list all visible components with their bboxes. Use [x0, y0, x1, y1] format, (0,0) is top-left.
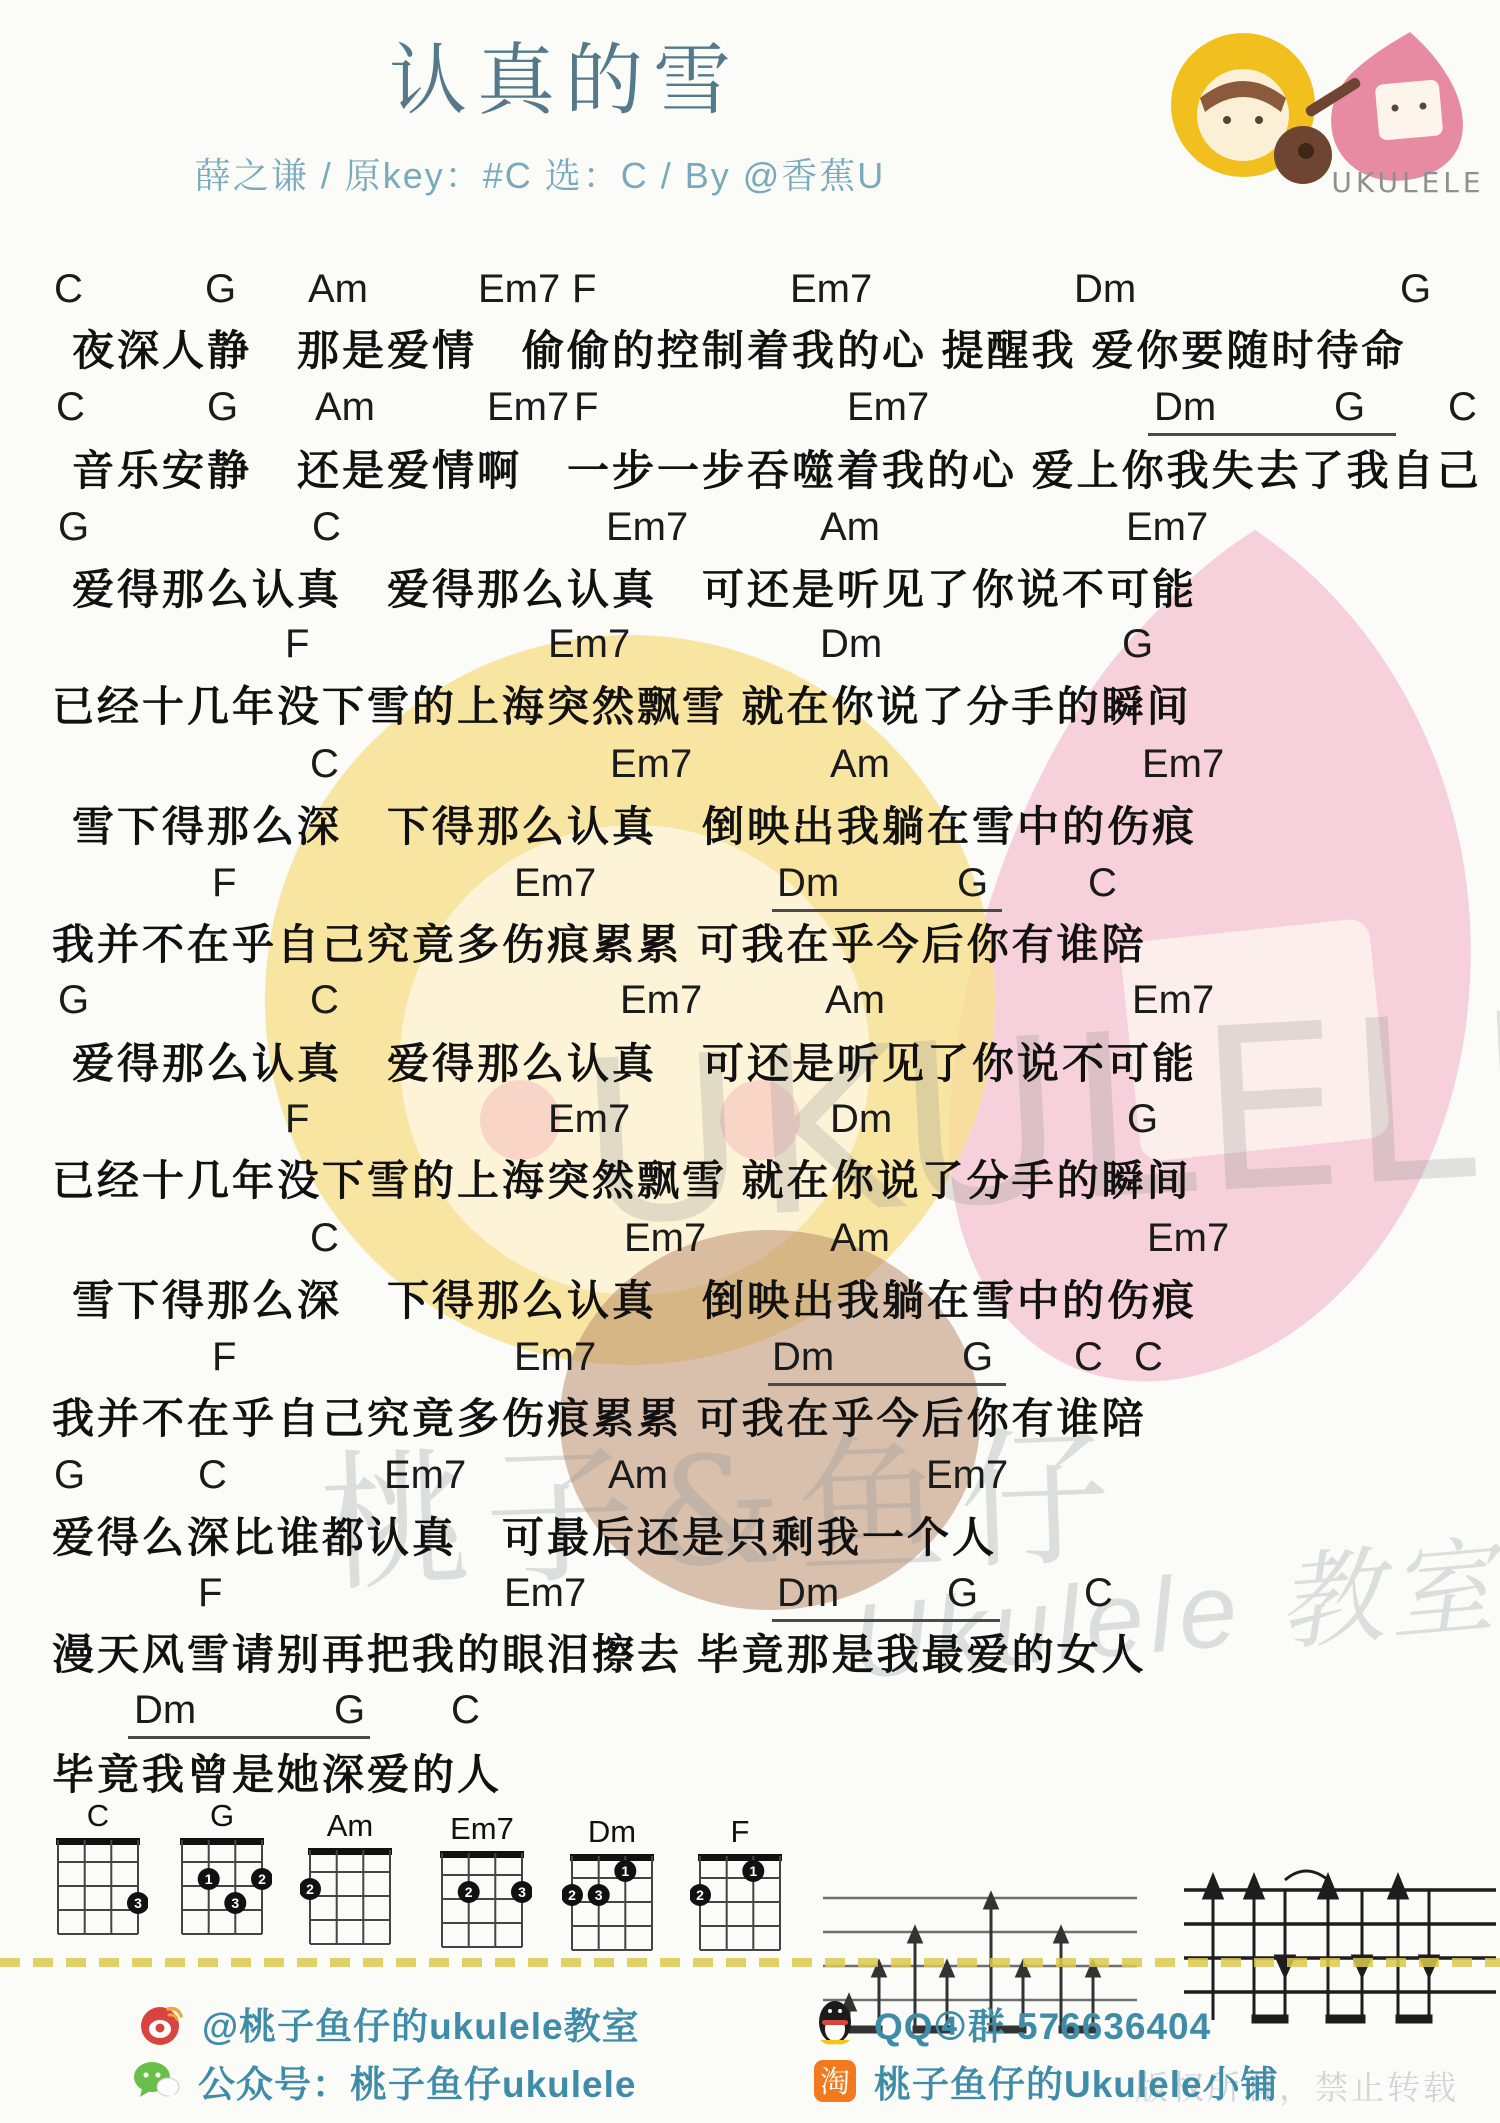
chord: G	[58, 505, 89, 550]
svg-text:1: 1	[621, 1863, 629, 1879]
svg-text:3: 3	[595, 1887, 603, 1903]
taobao-icon: 淘	[812, 2058, 858, 2104]
chord: Em7	[610, 742, 692, 787]
chord: Em7	[790, 267, 872, 312]
chord: Em7	[514, 1335, 596, 1380]
chord-diagram-Am: Am2	[300, 1810, 400, 1965]
qq-icon	[812, 1998, 858, 2048]
chord: C	[1134, 1335, 1163, 1380]
chord: Dm	[772, 1335, 834, 1380]
chord: Am	[825, 978, 885, 1023]
svg-text:2: 2	[465, 1884, 473, 1900]
chord: Em7	[478, 267, 560, 312]
chord-row: CGAmEm7FEm7DmG	[0, 267, 1500, 317]
chord: F	[212, 861, 236, 906]
chord-row: FEm7DmG	[0, 1097, 1500, 1147]
chord-diagram-Em7: Em723	[432, 1813, 532, 1968]
chord: G	[334, 1688, 365, 1733]
svg-text:2: 2	[568, 1887, 576, 1903]
chord: G	[207, 385, 238, 430]
chord: G	[1122, 622, 1153, 667]
chord: G	[205, 267, 236, 312]
chord: F	[572, 267, 596, 312]
chord: Em7	[504, 1571, 586, 1616]
chord: C	[54, 267, 83, 312]
chord: G	[957, 861, 988, 906]
chord: Dm	[777, 861, 839, 906]
chord-diagram-G: G123	[172, 1800, 272, 1955]
wechat-icon	[130, 2057, 182, 2105]
tie-arc	[1285, 1871, 1328, 1880]
footer-weibo: @桃子鱼仔的ukulele教室	[138, 1996, 640, 2050]
chord-row: FEm7DmGCC	[0, 1335, 1500, 1385]
lyric-line: 已经十几年没下雪的上海突然飘雪 就在你说了分手的瞬间	[52, 674, 1192, 734]
chord: C	[56, 385, 85, 430]
footer-qq: QQ④群 576636404	[812, 1996, 1211, 2050]
chord: Dm	[1154, 385, 1216, 430]
wechat-account: 公众号：桃子鱼仔ukulele	[198, 2054, 637, 2108]
chord: Dm	[777, 1571, 839, 1616]
chord-diagram-C: C3	[48, 1800, 148, 1955]
chord: Am	[308, 267, 368, 312]
svg-text:3: 3	[231, 1895, 239, 1911]
chord: C	[1088, 861, 1117, 906]
svg-text:Em7: Em7	[450, 1813, 514, 1846]
chord: G	[58, 978, 89, 1023]
chord: C	[310, 1216, 339, 1261]
chord: Am	[830, 1216, 890, 1261]
lyric-line: 我并不在乎自己究竟多伤痕累累 可我在乎今后你有谁陪	[52, 1386, 1147, 1446]
chord: Am	[608, 1453, 668, 1498]
chord-row: GCEm7AmEm7	[0, 978, 1500, 1028]
chord: F	[212, 1335, 236, 1380]
svg-text:2: 2	[306, 1881, 314, 1897]
chord: G	[947, 1571, 978, 1616]
chord-underline	[128, 1736, 370, 1739]
chord: C	[310, 742, 339, 787]
chord: Em7	[926, 1453, 1008, 1498]
chord-diagram-Dm: Dm123	[562, 1816, 662, 1971]
chord: Em7	[620, 978, 702, 1023]
chord: G	[54, 1453, 85, 1498]
chord: Em7	[384, 1453, 466, 1498]
taobao-shop: 桃子鱼仔的Ukulele小铺	[874, 2054, 1279, 2108]
qq-group-number: QQ④群 576636404	[874, 1996, 1211, 2050]
chord: G	[1334, 385, 1365, 430]
chord: F	[574, 385, 598, 430]
chord-row: FEm7DmG	[0, 622, 1500, 672]
chord: G	[1400, 267, 1431, 312]
lyric-line: 爱得那么认真 爱得那么认真 可还是听见了你说不可能	[72, 1031, 1197, 1091]
chord: Dm	[830, 1097, 892, 1142]
svg-text:2: 2	[258, 1871, 266, 1887]
chord: Em7	[1142, 742, 1224, 787]
taobao-char: 淘	[820, 2066, 850, 2099]
chord: C	[1448, 385, 1477, 430]
svg-text:F: F	[731, 1816, 750, 1849]
chord: Em7	[548, 1097, 630, 1142]
chord: Dm	[1074, 267, 1136, 312]
svg-text:Am: Am	[327, 1810, 374, 1843]
chord: Em7	[847, 385, 929, 430]
chord: Em7	[1147, 1216, 1229, 1261]
chord: Dm	[134, 1688, 196, 1733]
chord: F	[285, 622, 309, 667]
chord: C	[310, 978, 339, 1023]
chord: Dm	[820, 622, 882, 667]
lyric-line: 已经十几年没下雪的上海突然飘雪 就在你说了分手的瞬间	[52, 1148, 1192, 1208]
footer-wechat: 公众号：桃子鱼仔ukulele	[130, 2054, 637, 2108]
svg-text:1: 1	[205, 1871, 213, 1887]
chord-row: CEm7AmEm7	[0, 1216, 1500, 1266]
chord-row: GCEm7AmEm7	[0, 1453, 1500, 1503]
svg-text:C: C	[87, 1800, 109, 1833]
chord-row: GCEm7AmEm7	[0, 505, 1500, 555]
chord: G	[1127, 1097, 1158, 1142]
lyric-line: 爱得么深比谁都认真 可最后还是只剩我一个人	[52, 1505, 997, 1565]
lyric-line: 爱得那么认真 爱得那么认真 可还是听见了你说不可能	[72, 557, 1197, 617]
chord: Am	[820, 505, 880, 550]
chord: Em7	[1126, 505, 1208, 550]
lyric-line: 漫天风雪请别再把我的眼泪擦去 毕竟那是我最爱的女人	[52, 1622, 1147, 1682]
chord: Em7	[624, 1216, 706, 1261]
chord: Am	[830, 742, 890, 787]
lyric-line: 夜深人静 那是爱情 偷偷的控制着我的心 提醒我 爱你要随时待命	[72, 318, 1406, 378]
chord: C	[198, 1453, 227, 1498]
lyric-line: 音乐安静 还是爱情啊 一步一步吞噬着我的心 爱上你我失去了我自己	[72, 438, 1482, 498]
lyric-line: 我并不在乎自己究竟多伤痕累累 可我在乎今后你有谁陪	[52, 912, 1147, 972]
chord: Em7	[1132, 978, 1214, 1023]
chord-row: CEm7AmEm7	[0, 742, 1500, 792]
dashed-separator	[0, 1958, 1500, 1967]
chord: Em7	[487, 385, 569, 430]
svg-text:3: 3	[518, 1884, 526, 1900]
chord-sheet-page: UKULELE 桃子&鱼仔 Ukulele 教室 认真的雪 薛之谦 / 原key…	[0, 0, 1500, 2123]
weibo-icon	[138, 1999, 186, 2047]
svg-text:3: 3	[134, 1895, 142, 1911]
chord-row: FEm7DmGC	[0, 1571, 1500, 1621]
lyric-line: 雪下得那么深 下得那么认真 倒映出我躺在雪中的伤痕	[72, 794, 1197, 854]
lyric-line: 毕竟我曾是她深爱的人	[52, 1742, 502, 1802]
chord-row: FEm7DmGC	[0, 861, 1500, 911]
footer-taobao: 淘 桃子鱼仔的Ukulele小铺	[812, 2054, 1279, 2108]
chord-diagram-F: F12	[690, 1816, 790, 1971]
chord: G	[962, 1335, 993, 1380]
chord-row: DmGC	[0, 1688, 1500, 1738]
svg-text:2: 2	[696, 1887, 704, 1903]
chord: C	[1084, 1571, 1113, 1616]
svg-text:G: G	[210, 1800, 234, 1833]
chord-row: CGAmEm7FEm7DmGC	[0, 385, 1500, 435]
lyric-line: 雪下得那么深 下得那么认真 倒映出我躺在雪中的伤痕	[72, 1268, 1197, 1328]
weibo-handle: @桃子鱼仔的ukulele教室	[202, 1996, 640, 2050]
chord: Em7	[548, 622, 630, 667]
chord: C	[451, 1688, 480, 1733]
svg-text:Dm: Dm	[588, 1816, 636, 1849]
chord: Am	[315, 385, 375, 430]
chord: Em7	[514, 861, 596, 906]
chord: F	[285, 1097, 309, 1142]
chord: Em7	[606, 505, 688, 550]
chord: C	[1074, 1335, 1103, 1380]
chord: C	[312, 505, 341, 550]
chord-underline	[1148, 433, 1396, 436]
svg-text:1: 1	[749, 1863, 757, 1879]
chord: F	[198, 1571, 222, 1616]
